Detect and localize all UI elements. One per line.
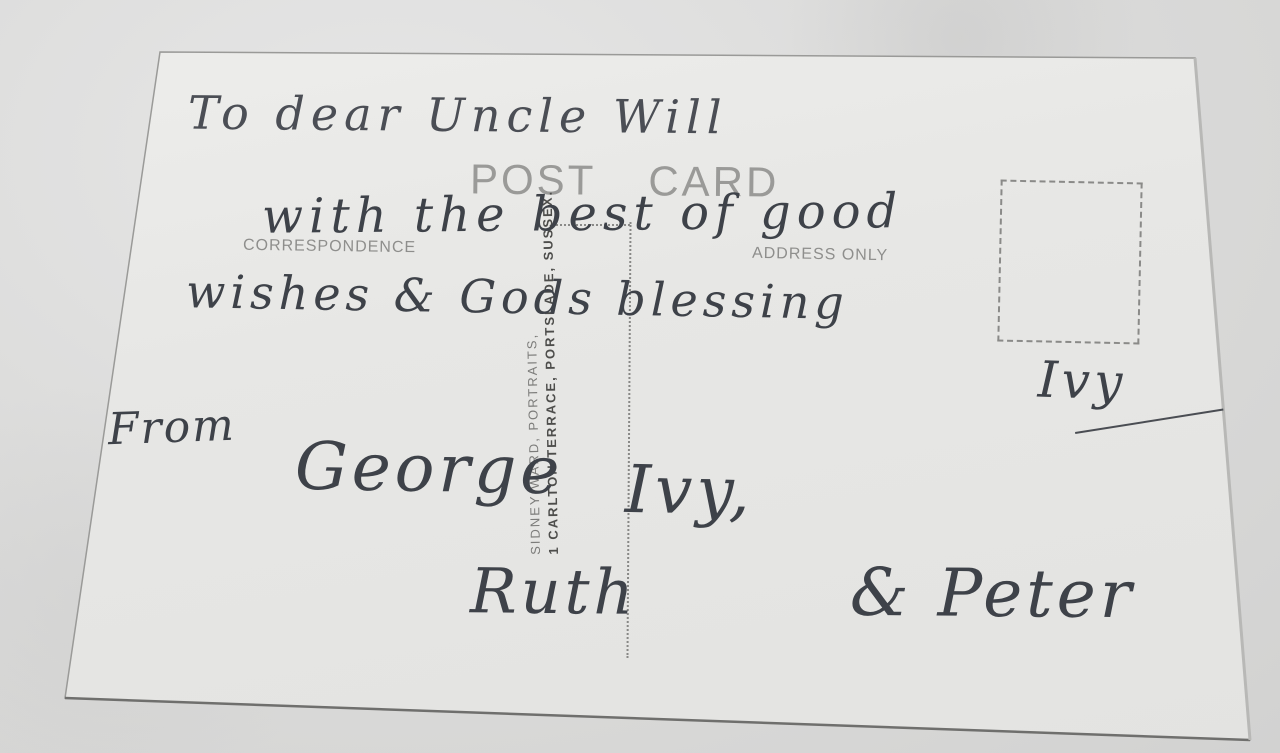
greeting-line: To dear Uncle Will [188, 86, 728, 145]
message-line-1: with the best of good [262, 183, 904, 245]
signature-ivy: Ivy [1037, 350, 1127, 411]
sender-peter: & Peter [850, 554, 1136, 633]
message-line-2: wishes & Gods blessing [186, 264, 850, 330]
from-label: From [107, 400, 236, 455]
stamp-box [997, 180, 1142, 345]
address-label: ADDRESS ONLY [752, 245, 888, 265]
sender-george: George [294, 428, 564, 510]
sender-ruth: Ruth [470, 554, 638, 628]
sender-ivy: Ivy, [624, 451, 754, 530]
